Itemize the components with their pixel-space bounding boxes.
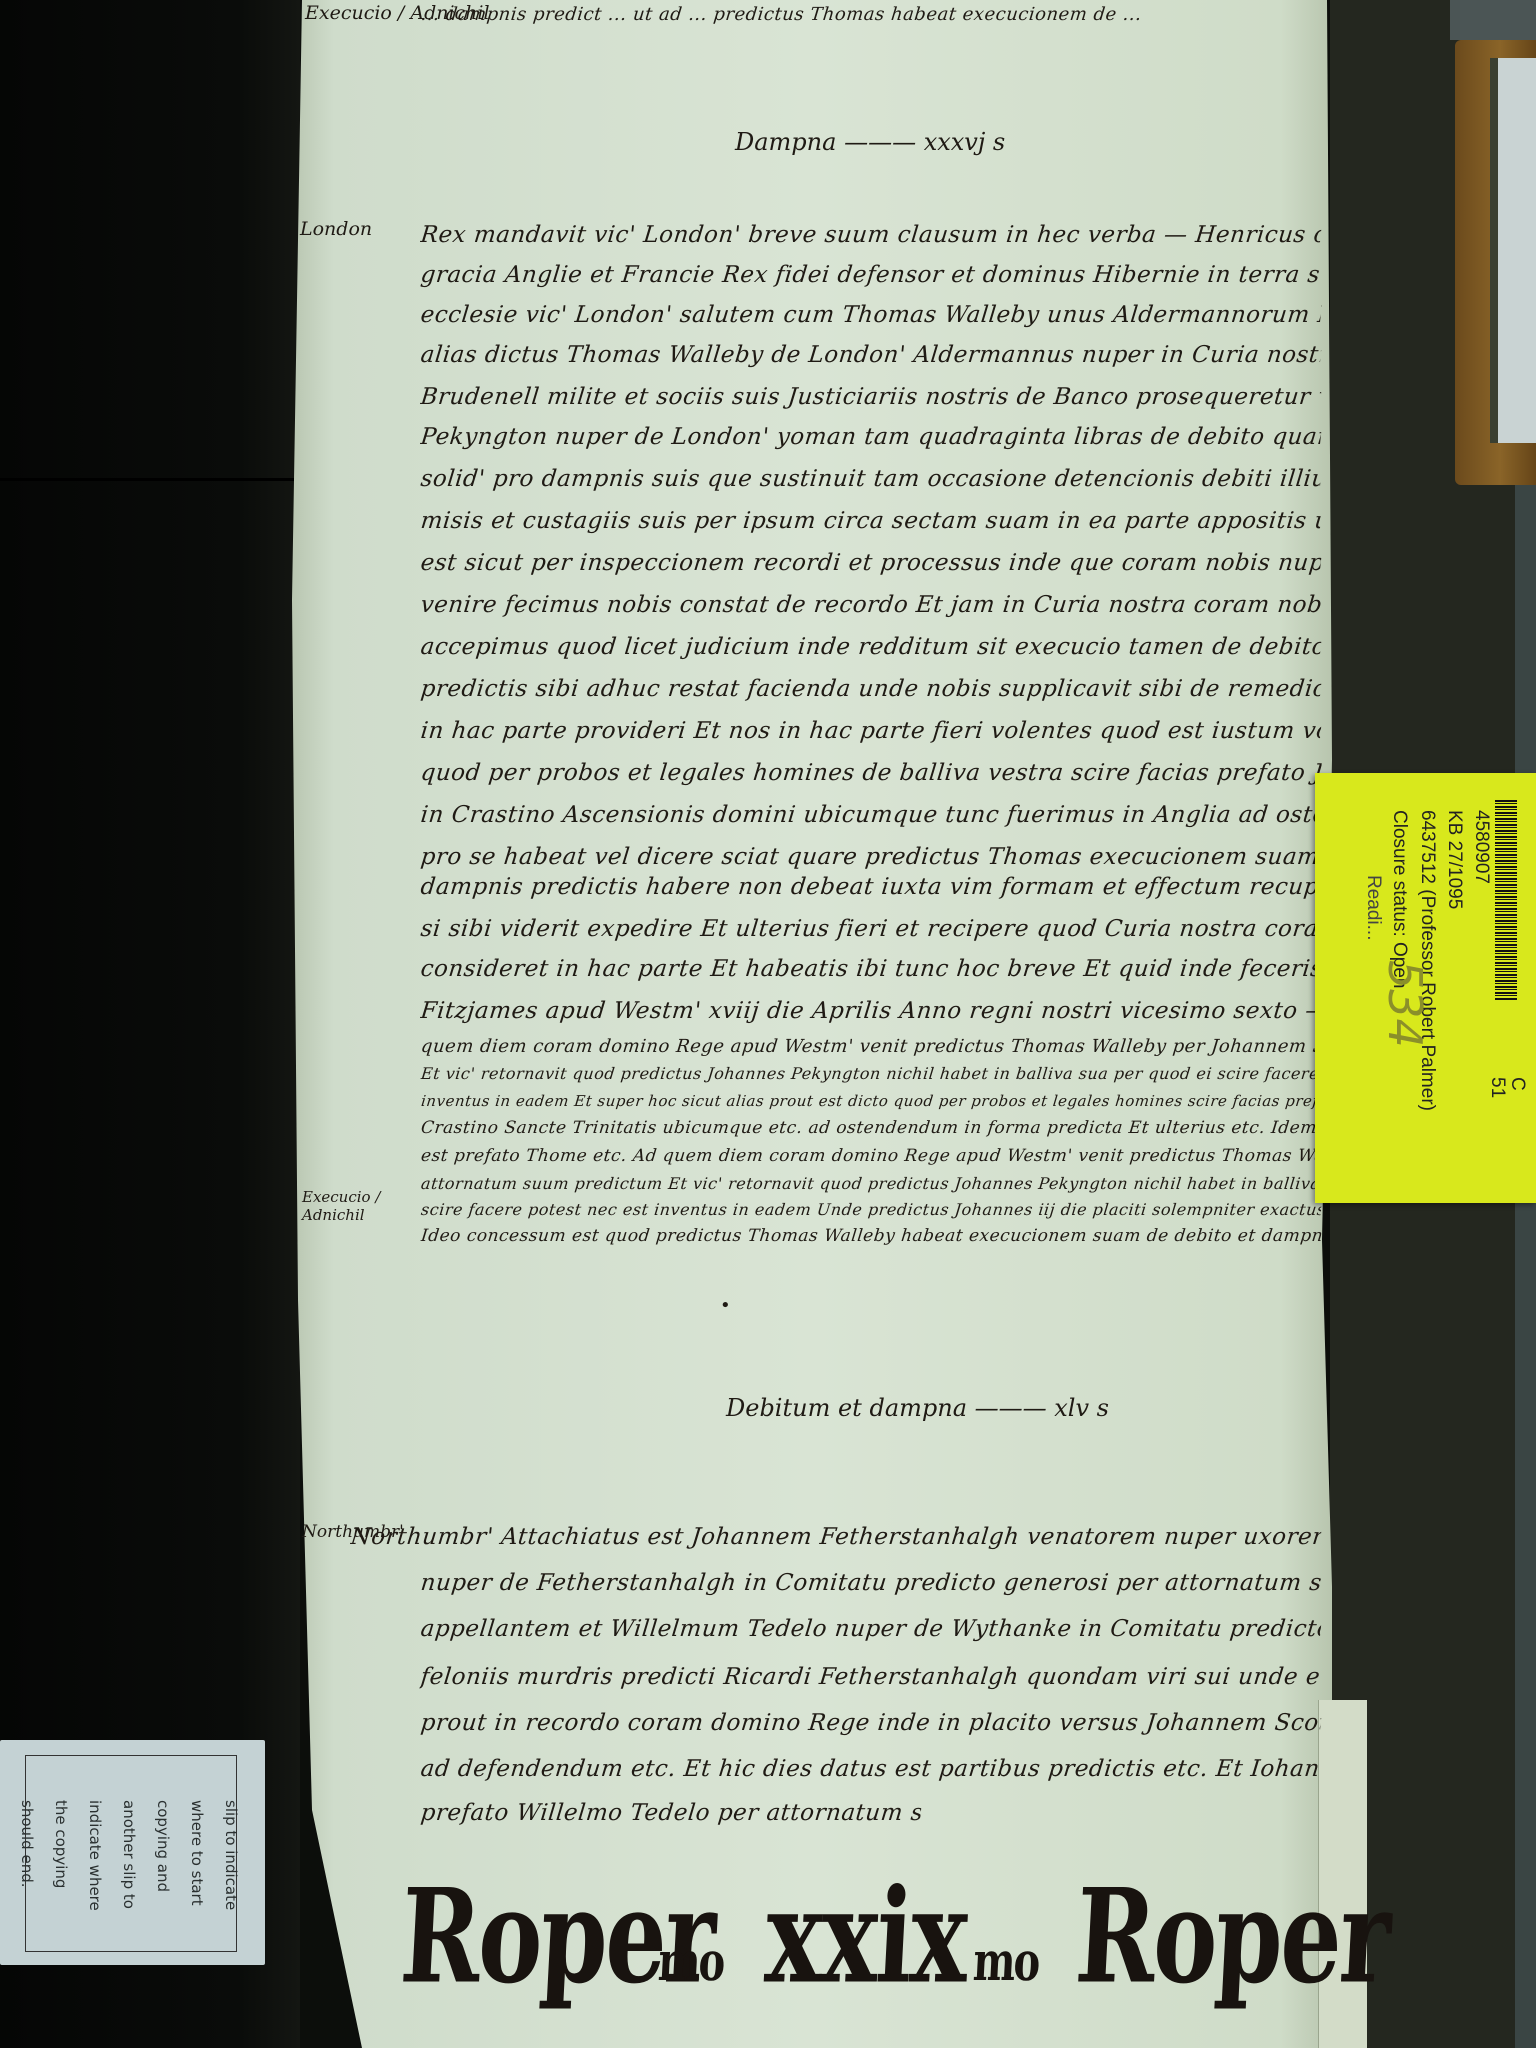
manuscript-top-line: ... dampnis predict ... ut ad ... predic… <box>418 4 1322 44</box>
manuscript-line: Fitzjames apud Westm' xviij die Aprilis … <box>418 998 1322 1038</box>
heading-dampna: Dampna ——— xxxvj s <box>735 128 1005 156</box>
manuscript-line: dampnis predictis habere non debeat iuxt… <box>418 874 1322 914</box>
manuscript-line: gracia Anglie et Francie Rex fidei defen… <box>418 262 1322 302</box>
manuscript-line: appellantem et Willelmum Tedelo nuper de… <box>418 1616 1322 1656</box>
copy-slip-line: another slip to <box>112 1800 146 1911</box>
barcode <box>1495 800 1517 1000</box>
manuscript-line: si sibi viderit expedire Et ulterius fie… <box>418 916 1322 956</box>
manuscript-line: est sicut per inspeccionem recordi et pr… <box>418 550 1322 590</box>
frame-insert <box>1490 58 1536 443</box>
manuscript-line: quod per probos et legales homines de ba… <box>418 760 1322 800</box>
manuscript-line: prefato Willelmo Tedelo per attornatum s… <box>418 1800 922 1840</box>
manuscript-line: ad defendendum etc. Et hic dies datus es… <box>418 1756 1322 1796</box>
manuscript-line: accepimus quod licet judicium inde reddi… <box>418 634 1322 674</box>
manuscript-line: in Crastino Ascensionis domini ubicumque… <box>418 802 1322 842</box>
membrane-heading-right: Roper <box>1072 1860 1392 2013</box>
copy-slip-line: the copying <box>44 1800 78 1911</box>
manuscript-line: misis et custagiis suis per ipsum circa … <box>418 508 1322 548</box>
grey-panel-top <box>1450 0 1536 40</box>
margin-note-london: London <box>300 218 372 240</box>
copy-slip-text: slip to indicate where to start copying … <box>10 1800 248 1911</box>
membrane-heading-number: xxix <box>762 1860 970 2013</box>
manuscript-line: Pekyngton nuper de London' yoman tam qua… <box>418 424 1322 464</box>
manuscript-line: nuper de Fetherstanhalgh in Comitatu pre… <box>418 1570 1322 1610</box>
manuscript-line: consideret in hac parte Et habeatis ibi … <box>418 956 1322 996</box>
membrane-heading-suffix: mo <box>972 1930 1040 1993</box>
background-seam <box>0 478 300 481</box>
copy-slip-line: indicate where <box>78 1800 112 1911</box>
manuscript-line: solid' pro dampnis suis que sustinuit ta… <box>418 466 1322 506</box>
manuscript-line: venire fecimus nobis constat de recordo … <box>418 592 1322 632</box>
copy-slip-line: where to start <box>180 1800 214 1911</box>
slip-reference: KB 27/1095 <box>1443 810 1465 909</box>
margin-note-execucio: Execucio / Adnichil <box>302 1188 402 1224</box>
manuscript-line: feloniis murdris predicti Ricardi Fether… <box>418 1664 1322 1704</box>
copy-slip-line: should end. <box>10 1800 44 1911</box>
membrane-heading-prefix: mo <box>657 1930 725 1993</box>
manuscript-line: alias dictus Thomas Walleby de London' A… <box>418 342 1322 382</box>
manuscript-line: Northumbr' Attachiatus est Johannem Feth… <box>348 1524 1322 1564</box>
slip-box-number: 51 <box>1486 1077 1508 1098</box>
manuscript-line: Rex mandavit vic' London' breve suum cla… <box>418 222 1322 262</box>
manuscript-line: ecclesie vic' London' salutem cum Thomas… <box>418 302 1322 342</box>
copy-slip-line: slip to indicate <box>214 1800 248 1911</box>
manuscript-line: Brudenell milite et sociis suis Justicia… <box>418 384 1322 424</box>
manuscript-line: predictis sibi adhuc restat facienda und… <box>418 676 1322 716</box>
dot-mark: • <box>720 1295 731 1316</box>
manuscript-line: Ideo concessum est quod predictus Thomas… <box>418 1226 1322 1266</box>
copy-slip-line: copying and <box>146 1800 180 1911</box>
heading-debitum-dampna: Debitum et dampna ——— xlv s <box>726 1394 1109 1422</box>
slip-handwritten-number: 534 <box>1378 960 1432 1048</box>
slip-partial-text: Readi... <box>1362 875 1384 940</box>
manuscript-line: prout in recordo coram domino Rege inde … <box>418 1710 1322 1750</box>
slip-id-number: 4580907 <box>1470 810 1492 884</box>
manuscript-line: in hac parte provideri Et nos in hac par… <box>418 718 1322 758</box>
slip-box-letter: C <box>1506 1077 1528 1091</box>
